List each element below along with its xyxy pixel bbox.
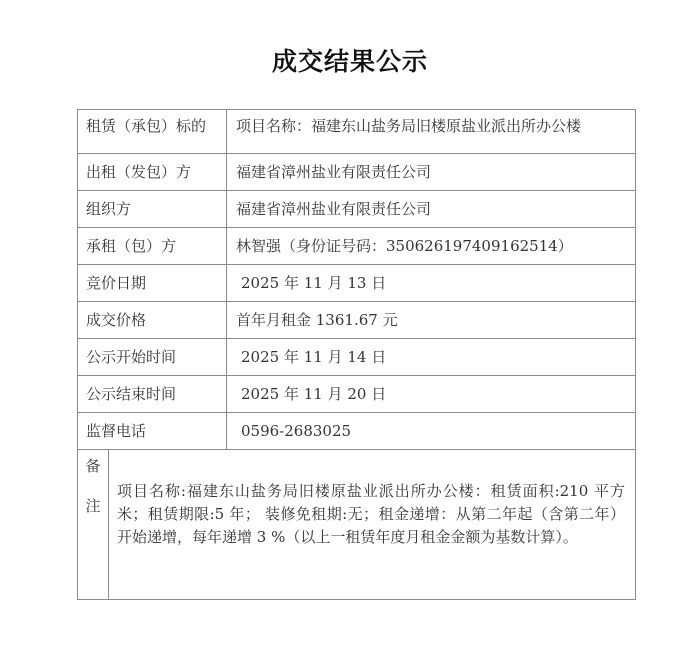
row-value: 福建省漳州盐业有限责任公司 [227,154,636,191]
row-value: 0596-2683025 [227,413,636,450]
remarks-text: 项目名称:福建东山盐务局旧楼原盐业派出所办公楼：租赁面积:210 平方米；租赁期… [109,450,635,599]
row-label: 出租（发包）方 [78,154,227,191]
row-value: 项目名称：福建东山盐务局旧楼原盐业派出所办公楼 [227,110,636,154]
table-row-lessee: 承租（包）方 林智强（身份证号码：350626197409162514） [78,228,636,265]
row-value: 2025 年 11 月 20 日 [227,376,636,413]
row-label: 竞价日期 [78,265,227,302]
row-value: 林智强（身份证号码：350626197409162514） [227,228,636,265]
table-row-publicity-start: 公示开始时间 2025 年 11 月 14 日 [78,339,636,376]
row-value: 2025 年 11 月 13 日 [227,265,636,302]
table-row-organizer: 组织方 福建省漳州盐业有限责任公司 [78,191,636,228]
table-row-lessor: 出租（发包）方 福建省漳州盐业有限责任公司 [78,154,636,191]
row-label: 公示结束时间 [78,376,227,413]
table-row-bid-date: 竞价日期 2025 年 11 月 13 日 [78,265,636,302]
remarks-label: 备 注 [78,450,109,599]
document-title: 成交结果公示 [0,46,700,78]
transaction-result-table: 租赁（承包）标的 项目名称：福建东山盐务局旧楼原盐业派出所办公楼 出租（发包）方… [77,109,636,600]
row-label: 成交价格 [78,302,227,339]
table-row-remarks: 备 注 项目名称:福建东山盐务局旧楼原盐业派出所办公楼：租赁面积:210 平方米… [78,450,636,600]
row-label: 监督电话 [78,413,227,450]
table-row-publicity-end: 公示结束时间 2025 年 11 月 20 日 [78,376,636,413]
table-row-transaction-price: 成交价格 首年月租金 1361.67 元 [78,302,636,339]
remarks-container: 备 注 项目名称:福建东山盐务局旧楼原盐业派出所办公楼：租赁面积:210 平方米… [78,450,635,599]
table-row-supervision-phone: 监督电话 0596-2683025 [78,413,636,450]
row-value: 福建省漳州盐业有限责任公司 [227,191,636,228]
row-label: 租赁（承包）标的 [78,110,227,154]
table-row-lease-subject: 租赁（承包）标的 项目名称：福建东山盐务局旧楼原盐业派出所办公楼 [78,110,636,154]
remarks-label-char: 注 [85,496,100,516]
row-value: 2025 年 11 月 14 日 [227,339,636,376]
row-label: 承租（包）方 [78,228,227,265]
row-value: 首年月租金 1361.67 元 [227,302,636,339]
row-label: 公示开始时间 [78,339,227,376]
row-label: 组织方 [78,191,227,228]
remarks-cell: 备 注 项目名称:福建东山盐务局旧楼原盐业派出所办公楼：租赁面积:210 平方米… [78,450,636,600]
remarks-label-char: 备 [85,456,100,476]
